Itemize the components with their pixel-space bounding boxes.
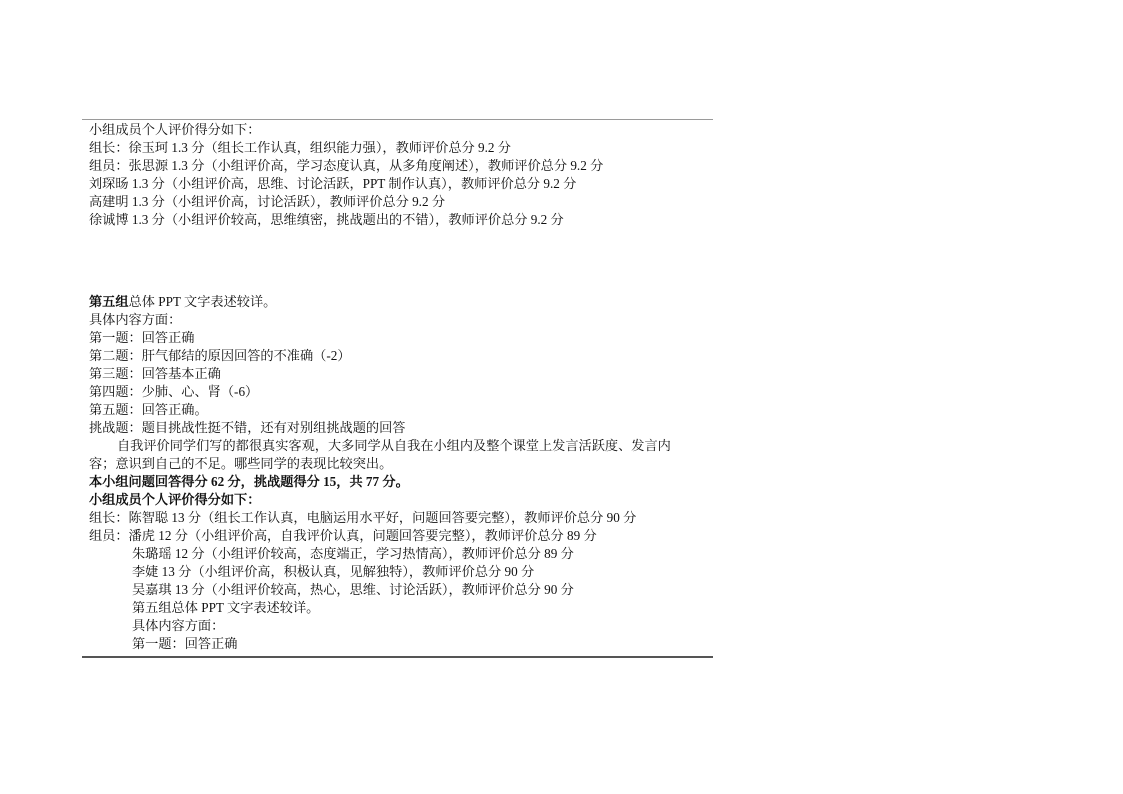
section-a-line: 高建明 1.3 分（小组评价高，讨论活跃），教师评价总分 9.2 分 [89,193,445,211]
section-a-line: 组长：徐玉珂 1.3 分（组长工作认真，组织能力强），教师评价总分 9.2 分 [89,139,511,157]
self-eval-line: 容；意识到自己的不足。哪些同学的表现比较突出。 [89,455,392,473]
question-line: 挑战题：题目挑战性挺不错，还有对别组挑战题的回答 [89,419,406,437]
question-line: 第四题：少肺、心、肾（-6） [89,383,258,401]
member-line: 吴嘉琪 13 分（小组评价较高，热心，思维、讨论活跃），教师评价总分 90 分 [132,581,574,599]
members-heading: 小组成员个人评价得分如下： [89,491,260,509]
score-summary-text: 本小组问题回答得分 62 分，挑战题得分 15，共 77 分。 [89,474,409,489]
score-summary: 本小组问题回答得分 62 分，挑战题得分 15，共 77 分。 [89,473,409,491]
bottom-divider [82,656,713,658]
repeat-line: 第一题：回答正确 [132,635,238,653]
section-a-line: 刘琛旸 1.3 分（小组评价高，思维、讨论活跃，PPT 制作认真），教师评价总分… [89,175,576,193]
question-line: 第一题：回答正确 [89,329,195,347]
section-a-line: 组员：张思源 1.3 分（小组评价高，学习态度认真，从多角度阐述），教师评价总分… [89,157,603,175]
member-line: 朱璐瑶 12 分（小组评价较高，态度端正，学习热情高），教师评价总分 89 分 [132,545,574,563]
group-label: 第五组 [89,294,129,309]
question-line: 第五题：回答正确。 [89,401,208,419]
repeat-line: 第五组总体 PPT 文字表述较详。 [132,599,319,617]
content-heading: 具体内容方面： [89,311,181,329]
members-heading-text: 小组成员个人评价得分如下： [89,492,260,507]
group-summary-line: 第五组总体 PPT 文字表述较详。 [89,293,276,311]
group-summary: 总体 PPT 文字表述较详。 [129,294,277,309]
question-line: 第二题：肝气郁结的原因回答的不准确（-2） [89,347,351,365]
self-eval-line: 自我评价同学们写的都很真实客观，大多同学从自我在小组内及整个课堂上发言活跃度、发… [117,437,671,455]
section-a-heading: 小组成员个人评价得分如下： [89,121,260,139]
top-divider [82,119,713,120]
member-line: 组长：陈智聪 13 分（组长工作认真，电脑运用水平好，问题回答要完整），教师评价… [89,509,636,527]
repeat-line: 具体内容方面： [132,617,224,635]
section-a-line: 徐诚博 1.3 分（小组评价较高，思维缜密，挑战题出的不错），教师评价总分 9.… [89,211,564,229]
member-line: 李婕 13 分（小组评价高，积极认真，见解独特），教师评价总分 90 分 [132,563,534,581]
member-line: 组员：潘虎 12 分（小组评价高，自我评价认真，问题回答要完整），教师评价总分 … [89,527,597,545]
question-line: 第三题：回答基本正确 [89,365,221,383]
